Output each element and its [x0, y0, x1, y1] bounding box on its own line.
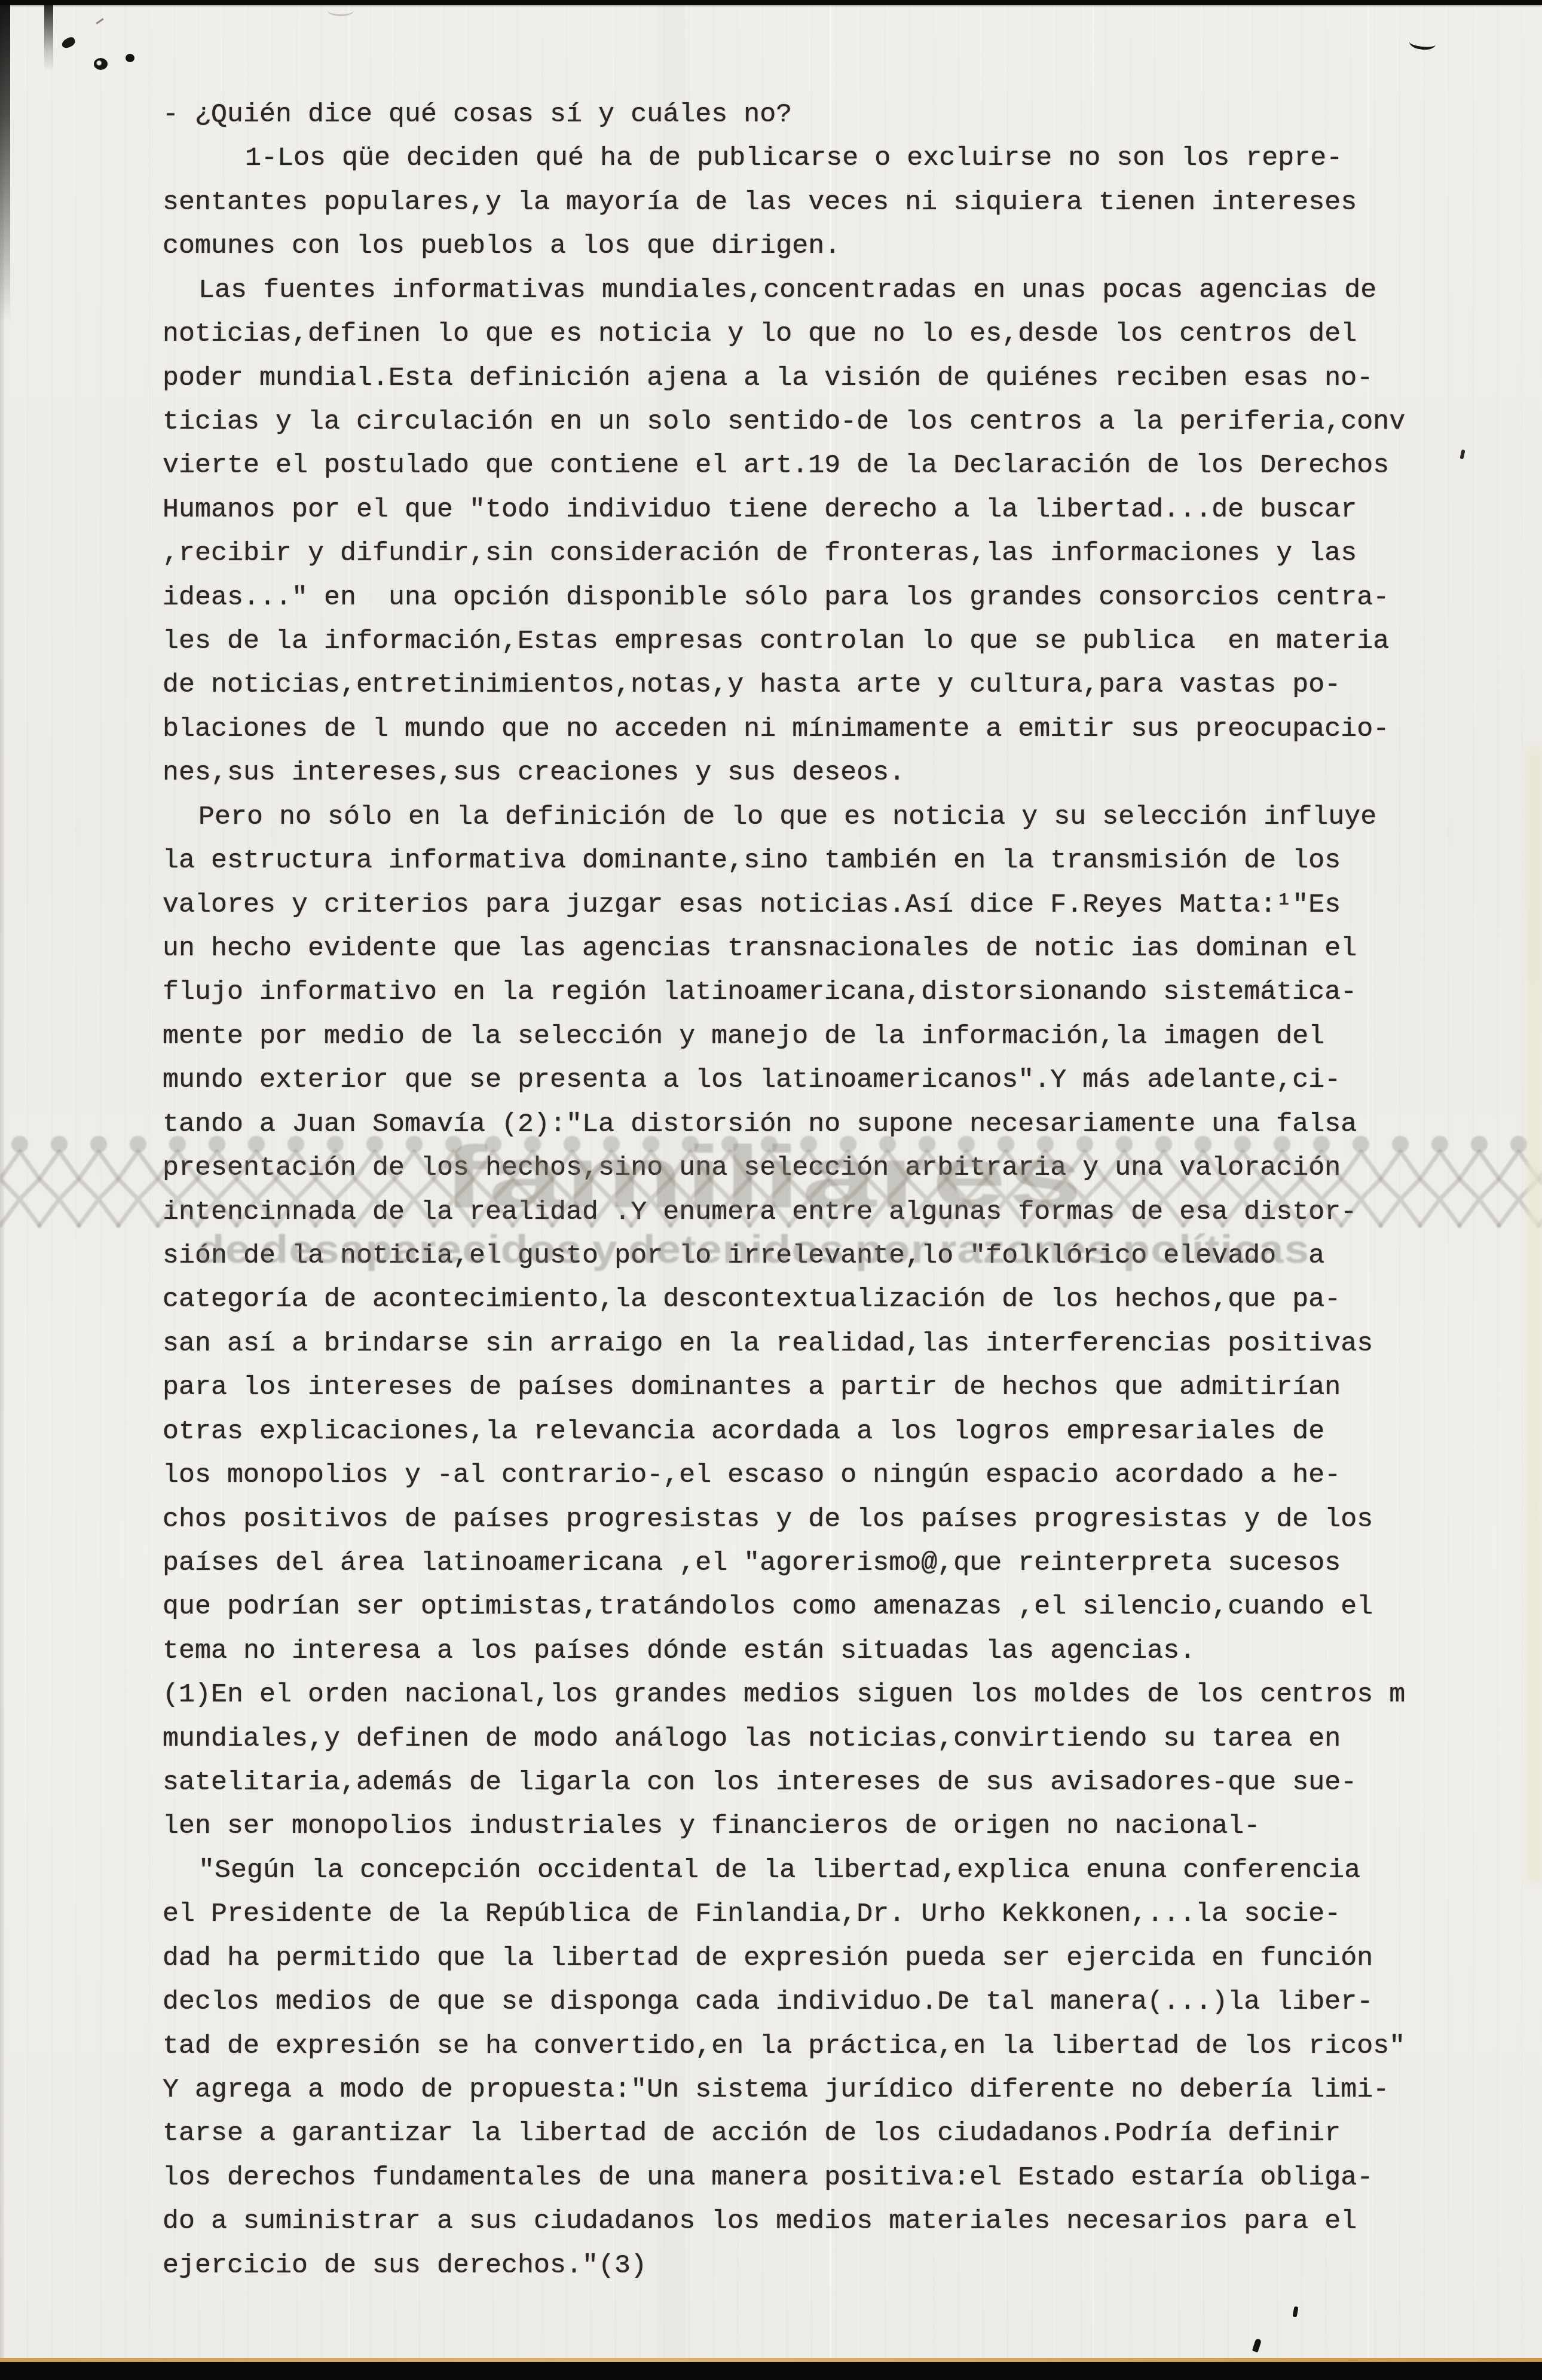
text-line: Pero no sólo en la definición de lo que …	[0, 795, 1542, 839]
text-line: tando a Juan Somavía (2):"La distorsión …	[0, 1102, 1542, 1146]
scanned-typewritten-page: { "page": { "kind": "scanned typewritten…	[0, 0, 1542, 2380]
text-line: valores y criterios para juzgar esas not…	[0, 883, 1542, 927]
text-line: ticias y la circulación en un solo senti…	[0, 400, 1542, 444]
text-line: sión de la noticia,el gusto por lo irrel…	[0, 1234, 1542, 1278]
text-line: sentantes populares,y la mayoría de las …	[0, 181, 1542, 224]
text-line: otras explicaciones,la relevancia acorda…	[0, 1410, 1542, 1453]
text-line: tarse a garantizar la libertad de acción…	[0, 2112, 1542, 2155]
text-line: 1-Los qüe deciden qué ha de publicarse o…	[0, 136, 1542, 180]
text-line: chos positivos de países progresistas y …	[0, 1498, 1542, 1541]
text-line: flujo informativo en la región latinoame…	[0, 970, 1542, 1014]
text-line: tema no interesa a los países dónde está…	[0, 1629, 1542, 1673]
text-line: dad ha permitido que la libertad de expr…	[0, 1936, 1542, 1980]
text-line: Humanos por el que "todo individuo tiene…	[0, 488, 1542, 531]
typed-text-block: - ¿Quién dice qué cosas sí y cuáles no?1…	[0, 93, 1542, 2287]
text-line: de noticias,entretinimientos,notas,y has…	[0, 663, 1542, 707]
ink-drip	[44, 5, 53, 72]
text-line: les de la información,Estas empresas con…	[0, 619, 1542, 663]
text-line: tad de expresión se ha convertido,en la …	[0, 2024, 1542, 2068]
ink-blot	[94, 58, 108, 70]
scan-edge-bottom	[0, 2362, 1542, 2380]
text-line: la estructura informativa dominante,sino…	[0, 839, 1542, 882]
text-line: blaciones de l mundo que no acceden ni m…	[0, 707, 1542, 751]
text-line: ,recibir y difundir,sin consideración de…	[0, 531, 1542, 575]
text-line: nes,sus intereses,sus creaciones y sus d…	[0, 751, 1542, 795]
text-line: declos medios de que se disponga cada in…	[0, 1980, 1542, 2024]
text-line: - ¿Quién dice qué cosas sí y cuáles no?	[0, 93, 1542, 136]
text-line: san así a brindarse sin arraigo en la re…	[0, 1322, 1542, 1365]
text-line: Las fuentes informativas mundiales,conce…	[0, 268, 1542, 312]
text-line: presentación de los hechos,sino una sele…	[0, 1146, 1542, 1190]
text-line: que podrían ser optimistas,tratándolos c…	[0, 1585, 1542, 1629]
scan-edge-left	[0, 0, 10, 323]
text-line: intencinnada de la realidad .Y enumera e…	[0, 1190, 1542, 1234]
text-line: países del área latinoamericana ,el "ago…	[0, 1541, 1542, 1585]
ink-blot	[126, 54, 134, 62]
text-line: los derechos fundamentales de una manera…	[0, 2156, 1542, 2199]
text-line: mundiales,y definen de modo análogo las …	[0, 1717, 1542, 1761]
text-line: noticias,definen lo que es noticia y lo …	[0, 312, 1542, 356]
text-line: un hecho evidente que las agencias trans…	[0, 927, 1542, 970]
text-line: mente por medio de la selección y manejo…	[0, 1015, 1542, 1058]
scan-edge-right	[1528, 747, 1542, 1883]
pencil-scribble	[328, 5, 354, 16]
text-line: para los intereses de países dominantes …	[0, 1365, 1542, 1409]
text-line: vierte el postulado que contiene el art.…	[0, 444, 1542, 487]
scan-edge-top	[0, 0, 1542, 5]
text-line: mundo exterior que se presenta a los lat…	[0, 1058, 1542, 1102]
text-line: Y agrega a modo de propuesta:"Un sistema…	[0, 2068, 1542, 2112]
text-line: ejercicio de sus derechos."(3)	[0, 2244, 1542, 2287]
text-line: ideas..." en una opción disponible sólo …	[0, 576, 1542, 619]
text-line: (1)En el orden nacional,los grandes medi…	[0, 1673, 1542, 1716]
scan-edge-left-shade	[0, 0, 5, 2380]
text-line: do a suministrar a sus ciudadanos los me…	[0, 2199, 1542, 2243]
text-line: satelitaria,además de ligarla con los in…	[0, 1761, 1542, 1804]
text-line: poder mundial.Esta definición ajena a la…	[0, 356, 1542, 400]
text-line: comunes con los pueblos a los que dirige…	[0, 224, 1542, 268]
text-line: len ser monopolios industriales y financ…	[0, 1804, 1542, 1848]
text-line: "Según la concepción occidental de la li…	[0, 1849, 1542, 1892]
text-line: categoría de acontecimiento,la descontex…	[0, 1278, 1542, 1321]
text-line: el Presidente de la República de Finland…	[0, 1892, 1542, 1936]
text-line: los monopolios y -al contrario-,el escas…	[0, 1453, 1542, 1497]
